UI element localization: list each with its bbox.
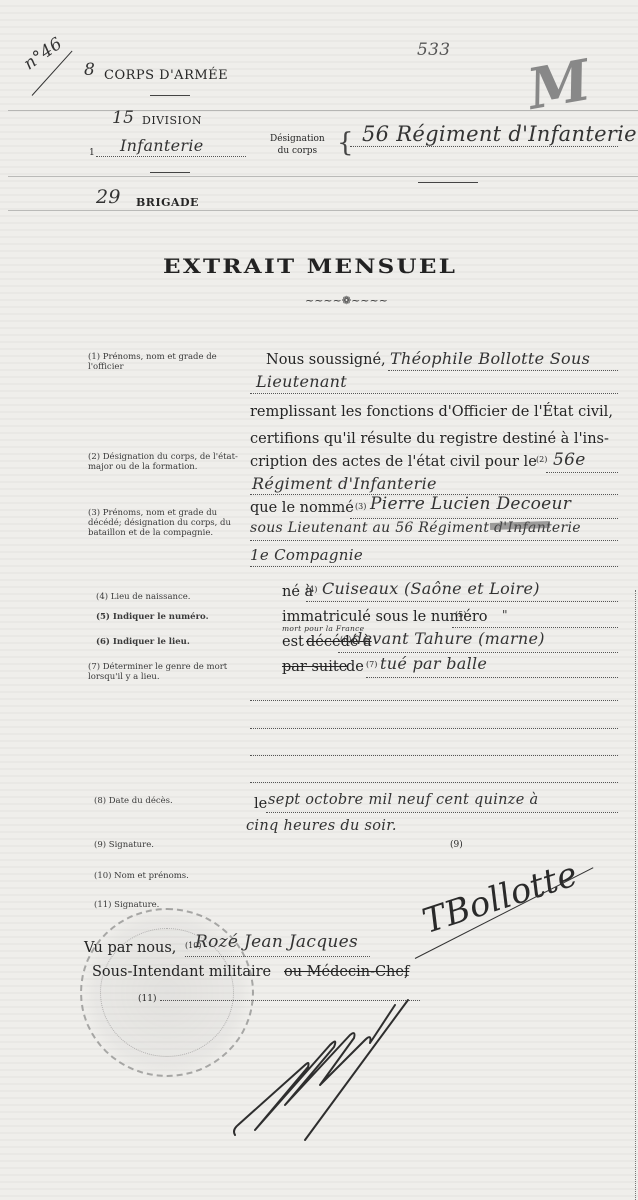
short-rule	[150, 172, 190, 173]
margin-note-2: (2) Désignation du corps, de l'état-majo…	[88, 452, 238, 472]
margin-note-3: (3) Prénoms, nom et grade du décédé; dés…	[88, 508, 238, 538]
cription-line: cription des actes de l'état civil pour …	[250, 454, 537, 470]
death-place: devant Tahure (marne)	[352, 629, 545, 648]
fill-line	[250, 728, 618, 729]
ref-6: (6)	[340, 635, 351, 644]
ref-2: (2)	[536, 455, 547, 464]
fill-line	[250, 755, 618, 756]
ref-3: (3)	[355, 502, 366, 511]
officer-signature: TBollotte	[418, 854, 583, 942]
officer-name-line1: Théophile Bollotte Sous	[390, 349, 590, 368]
death-cause: tué par balle	[380, 654, 487, 673]
margin-note-5: (5) Indiquer le numéro.	[96, 612, 246, 622]
brigade-number: 29	[96, 186, 121, 208]
deceased-name: Pierre Lucien Decoeur	[370, 494, 571, 514]
comma: ,	[404, 964, 409, 980]
ref-9: (9)	[450, 840, 463, 850]
division-type: Infanterie	[120, 136, 204, 155]
medecin-chef-struck: ou Médecin-Chef	[284, 964, 409, 980]
designation-label-line1: Désignation	[270, 133, 325, 145]
document-title: EXTRAIT MENSUEL	[163, 254, 457, 278]
ref-11: (11)	[138, 994, 156, 1004]
certifions-line: certifions qu'il résulte du registre des…	[250, 431, 609, 447]
fill-line	[250, 540, 618, 541]
intendant-signature-graphic	[230, 985, 410, 1145]
file-number: n°46	[20, 34, 66, 75]
margin-note-1: (1) Prénoms, nom et grade de l'officier	[88, 352, 238, 372]
fill-line	[96, 156, 246, 157]
birthplace: Cuiseaux (Saône et Loire)	[322, 579, 540, 598]
fill-line	[250, 393, 618, 394]
remplissant-line: remplissant les fonctions d'Officier de …	[250, 404, 613, 420]
fill-line	[546, 472, 618, 473]
fill-line	[350, 518, 618, 519]
par-suite-struck: par suite	[282, 659, 347, 675]
ref-5: (5)	[455, 610, 466, 619]
page-edge	[635, 590, 636, 1200]
fill-line	[388, 370, 618, 371]
short-rule	[418, 182, 478, 183]
ref-7: (7)	[366, 660, 377, 669]
margin-note-6: (6) Indiquer le lieu.	[96, 637, 246, 647]
designation-label-line2: du corps	[270, 145, 325, 157]
designation-value: 56 Régiment d'Infanterie	[362, 122, 637, 146]
ref-4: (4)	[306, 585, 317, 594]
rule	[8, 210, 638, 211]
death-date-line1: sept octobre mil neuf cent quinze à	[268, 792, 538, 808]
brace: {	[337, 128, 354, 158]
fill-line	[250, 700, 618, 701]
margin-note-9: (9) Signature.	[94, 840, 244, 850]
margin-note-4: (4) Lieu de naissance.	[96, 592, 246, 602]
nous-soussigne-label: Nous soussigné,	[266, 352, 386, 368]
margin-note-8: (8) Date du décès.	[94, 796, 244, 806]
fill-line	[366, 677, 618, 678]
margin-note-10: (10) Nom et prénoms.	[94, 871, 244, 881]
division-number: 15	[112, 108, 134, 128]
title-ornament: ~~~~❁~~~~	[305, 294, 388, 307]
le-label: le	[254, 796, 267, 812]
fill-line	[266, 812, 618, 813]
de-label: de	[346, 659, 364, 675]
regiment-line1: 56e	[553, 450, 586, 470]
fill-line	[306, 601, 618, 602]
designation-label: Désignation du corps	[270, 133, 325, 157]
est-label: est	[282, 634, 304, 650]
fill-line	[338, 652, 618, 653]
fill-line	[250, 782, 618, 783]
corps-label: CORPS D'ARMÉE	[104, 68, 228, 83]
page-number: 533	[417, 40, 450, 60]
officer-name-line2: Lieutenant	[256, 372, 347, 391]
short-rule	[150, 95, 190, 96]
fill-line	[350, 146, 618, 147]
que-le-nomme-label: que le nommé	[250, 500, 354, 516]
death-date-line2: cinq heures du soir.	[246, 818, 397, 834]
sous-intendant-label: Sous-Intendant militaire	[92, 964, 271, 980]
vu-par-nous-label: Vu par nous,	[84, 940, 176, 956]
regiment-line2: Régiment d'Infanterie	[252, 474, 437, 493]
corps-number: 8	[84, 60, 95, 80]
fill-line	[185, 956, 370, 957]
document-page: n°46 8 CORPS D'ARMÉE 15 DIVISION 1 Infan…	[0, 0, 638, 1200]
intendant-name: Rozé Jean Jacques	[195, 932, 358, 952]
division-label: DIVISION	[142, 114, 202, 127]
fill-line	[452, 627, 618, 628]
rule	[8, 176, 638, 177]
deceased-company: 1e Compagnie	[250, 546, 363, 564]
fill-line	[250, 566, 618, 567]
pencil-mark: M	[523, 47, 596, 123]
matricule-value: "	[502, 608, 508, 622]
margin-note-7: (7) Déterminer le genre de mort lorsqu'i…	[88, 662, 238, 682]
division-type-prefix: 1	[89, 148, 95, 158]
brigade-label: BRIGADE	[136, 196, 199, 209]
